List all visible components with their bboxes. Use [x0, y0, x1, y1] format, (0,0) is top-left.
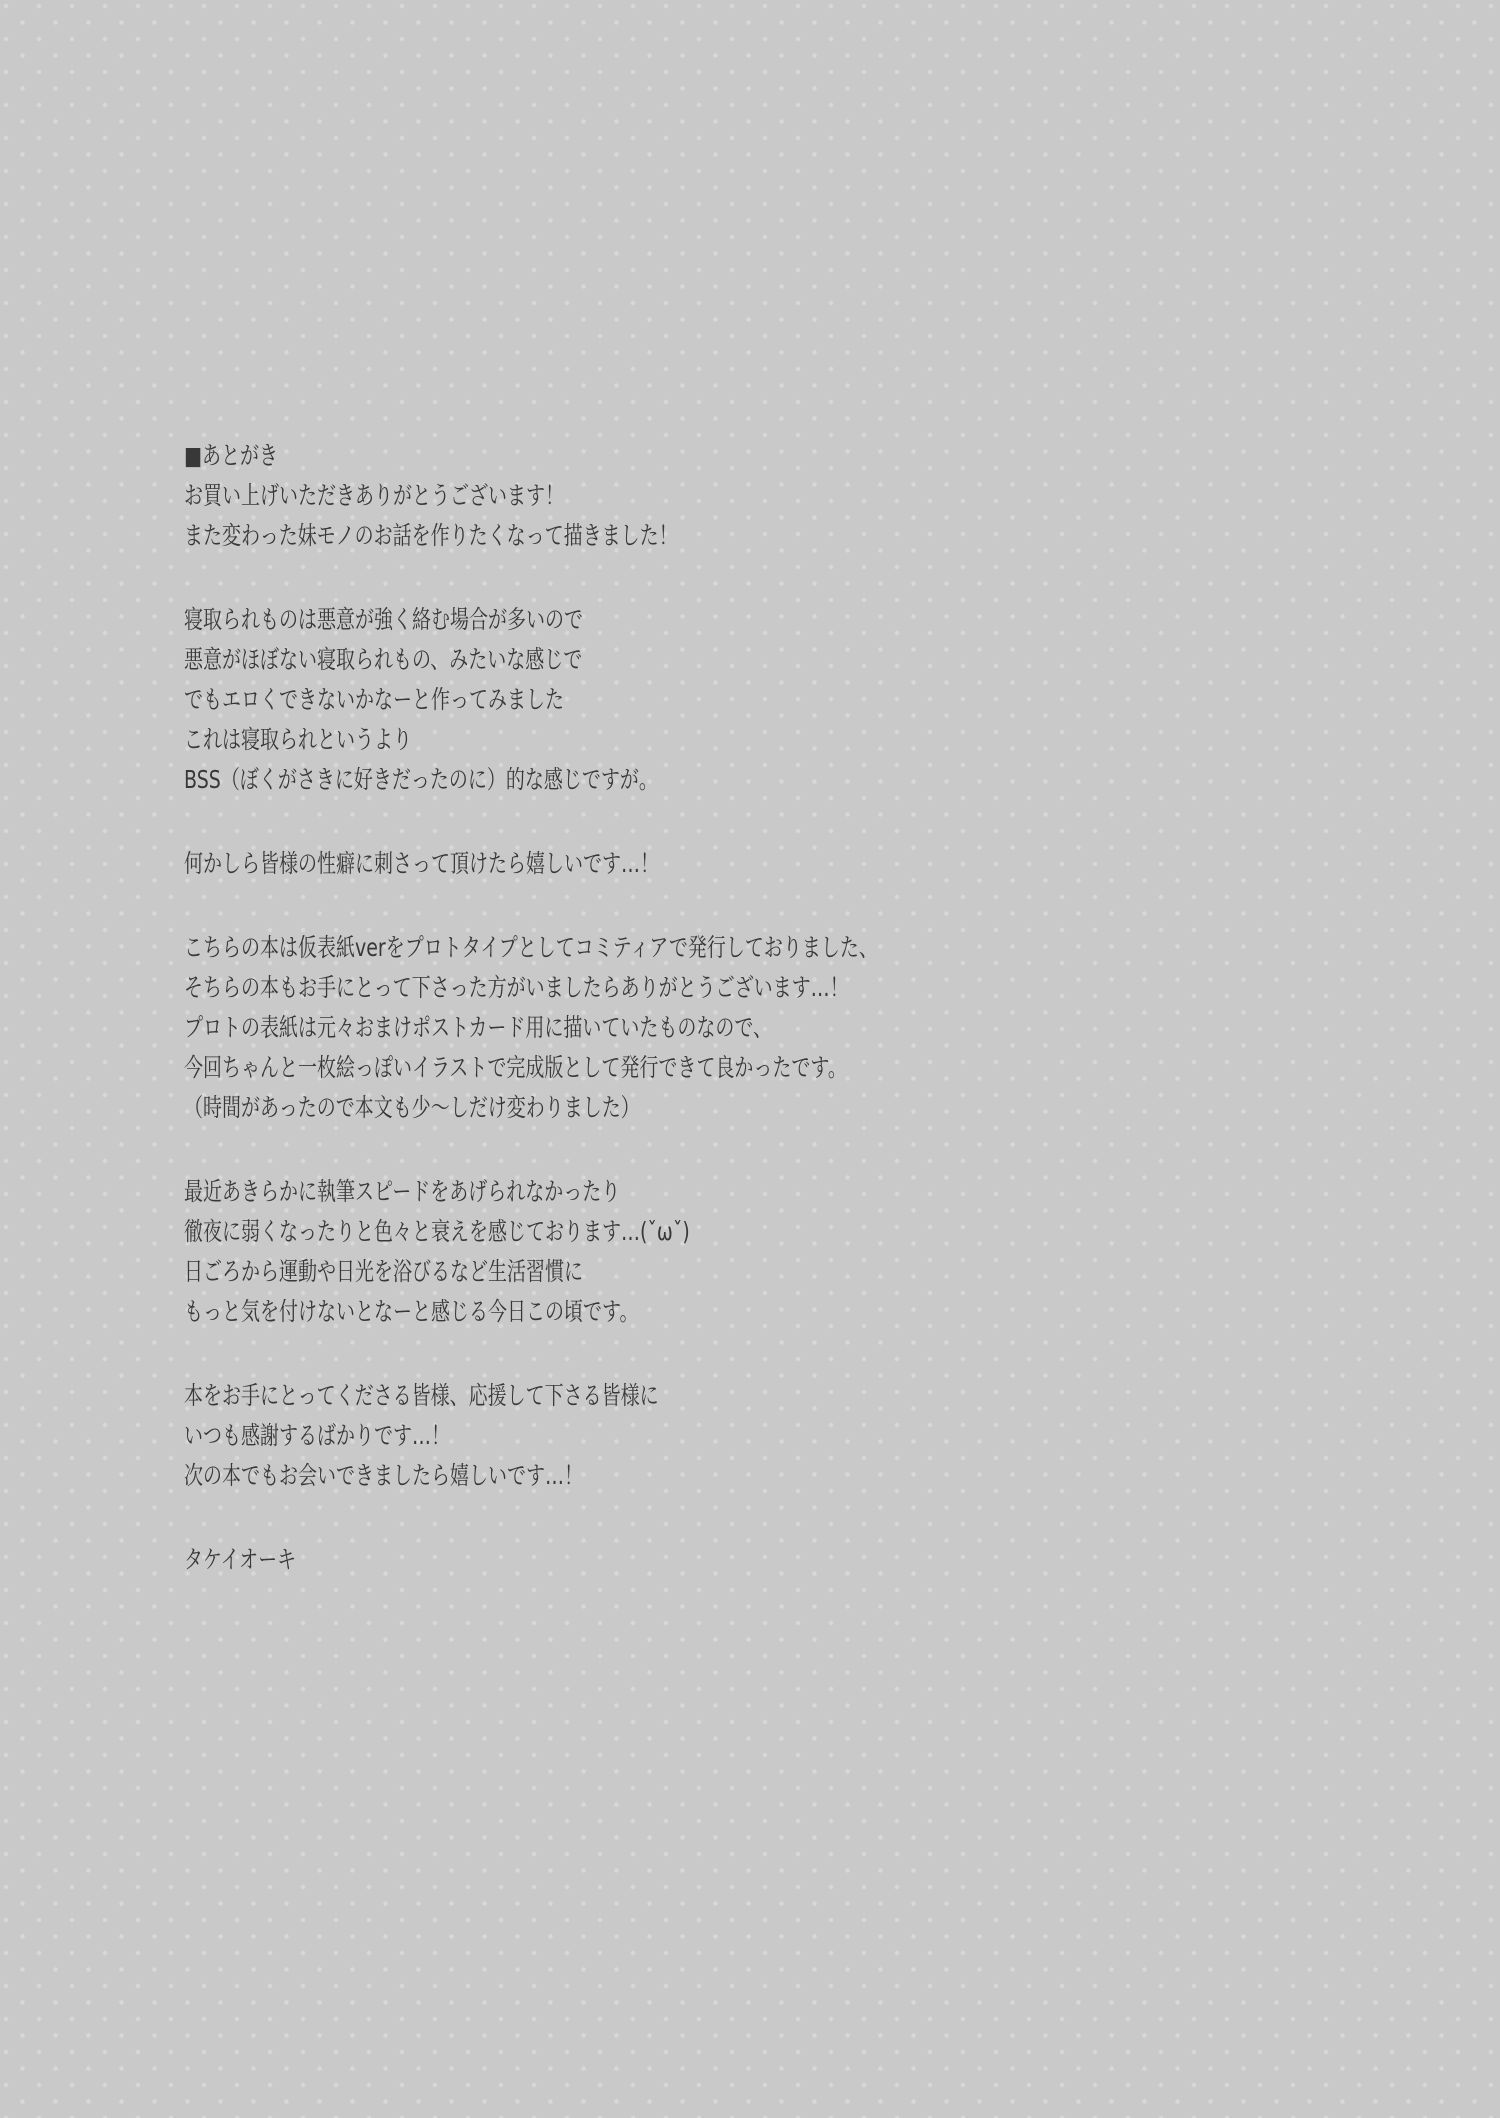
afterword-line: 徹夜に弱くなったりと色々と衰えを感じております…(ˇωˇ) — [184, 1212, 878, 1252]
afterword-line: 最近あきらかに執筆スピードをあげられなかったり — [184, 1172, 878, 1212]
afterword-line: いつも感謝するばかりです…！ — [184, 1416, 878, 1456]
afterword-line: （時間があったので本文も少〜しだけ変わりました） — [184, 1088, 878, 1128]
afterword-line: 悪意がほぼない寝取られもの、みたいな感じで — [184, 640, 878, 680]
afterword-line: お買い上げいただきありがとうございます！ — [184, 476, 878, 516]
afterword-line: プロトの表紙は元々おまけポストカード用に描いていたものなので、 — [184, 1008, 878, 1048]
afterword-line: 本をお手にとってくださる皆様、応援して下さる皆様に — [184, 1376, 878, 1416]
page: ■あとがき お買い上げいただきありがとうございます！ また変わった妹モノのお話を… — [0, 0, 1500, 2118]
afterword-paragraph: 何かしら皆様の性癖に刺さって頂けたら嬉しいです…！ — [184, 844, 878, 884]
signature-block: タケイオーキ — [184, 1540, 878, 1580]
afterword-paragraph: 最近あきらかに執筆スピードをあげられなかったり 徹夜に弱くなったりと色々と衰えを… — [184, 1172, 878, 1332]
afterword-line: 日ごろから運動や日光を浴びるなど生活習慣に — [184, 1252, 878, 1292]
author-signature: タケイオーキ — [184, 1540, 878, 1580]
afterword-text-block: ■あとがき お買い上げいただきありがとうございます！ また変わった妹モノのお話を… — [184, 436, 878, 1624]
afterword-paragraph: ■あとがき お買い上げいただきありがとうございます！ また変わった妹モノのお話を… — [184, 436, 878, 556]
afterword-line: 今回ちゃんと一枚絵っぽいイラストで完成版として発行できて良かったです。 — [184, 1048, 878, 1088]
afterword-line: 寝取られものは悪意が強く絡む場合が多いので — [184, 600, 878, 640]
afterword-line: そちらの本もお手にとって下さった方がいましたらありがとうございます…！ — [184, 968, 878, 1008]
afterword-line: でもエロくできないかなーと作ってみました — [184, 680, 878, 720]
afterword-line: こちらの本は仮表紙verをプロトタイプとしてコミティアで発行しておりました、 — [184, 928, 878, 968]
afterword-line: これは寝取られというより — [184, 720, 878, 760]
afterword-heading: ■あとがき — [184, 436, 878, 476]
afterword-line: 次の本でもお会いできましたら嬉しいです…！ — [184, 1456, 878, 1496]
afterword-paragraph: こちらの本は仮表紙verをプロトタイプとしてコミティアで発行しておりました、 そ… — [184, 928, 878, 1128]
afterword-line: もっと気を付けないとなーと感じる今日この頃です。 — [184, 1292, 878, 1332]
afterword-line: BSS（ぼくがさきに好きだったのに）的な感じですが。 — [184, 760, 878, 800]
afterword-line: また変わった妹モノのお話を作りたくなって描きました！ — [184, 516, 878, 556]
afterword-paragraph: 本をお手にとってくださる皆様、応援して下さる皆様に いつも感謝するばかりです…！… — [184, 1376, 878, 1496]
afterword-paragraph: 寝取られものは悪意が強く絡む場合が多いので 悪意がほぼない寝取られもの、みたいな… — [184, 600, 878, 800]
afterword-line: 何かしら皆様の性癖に刺さって頂けたら嬉しいです…！ — [184, 844, 878, 884]
